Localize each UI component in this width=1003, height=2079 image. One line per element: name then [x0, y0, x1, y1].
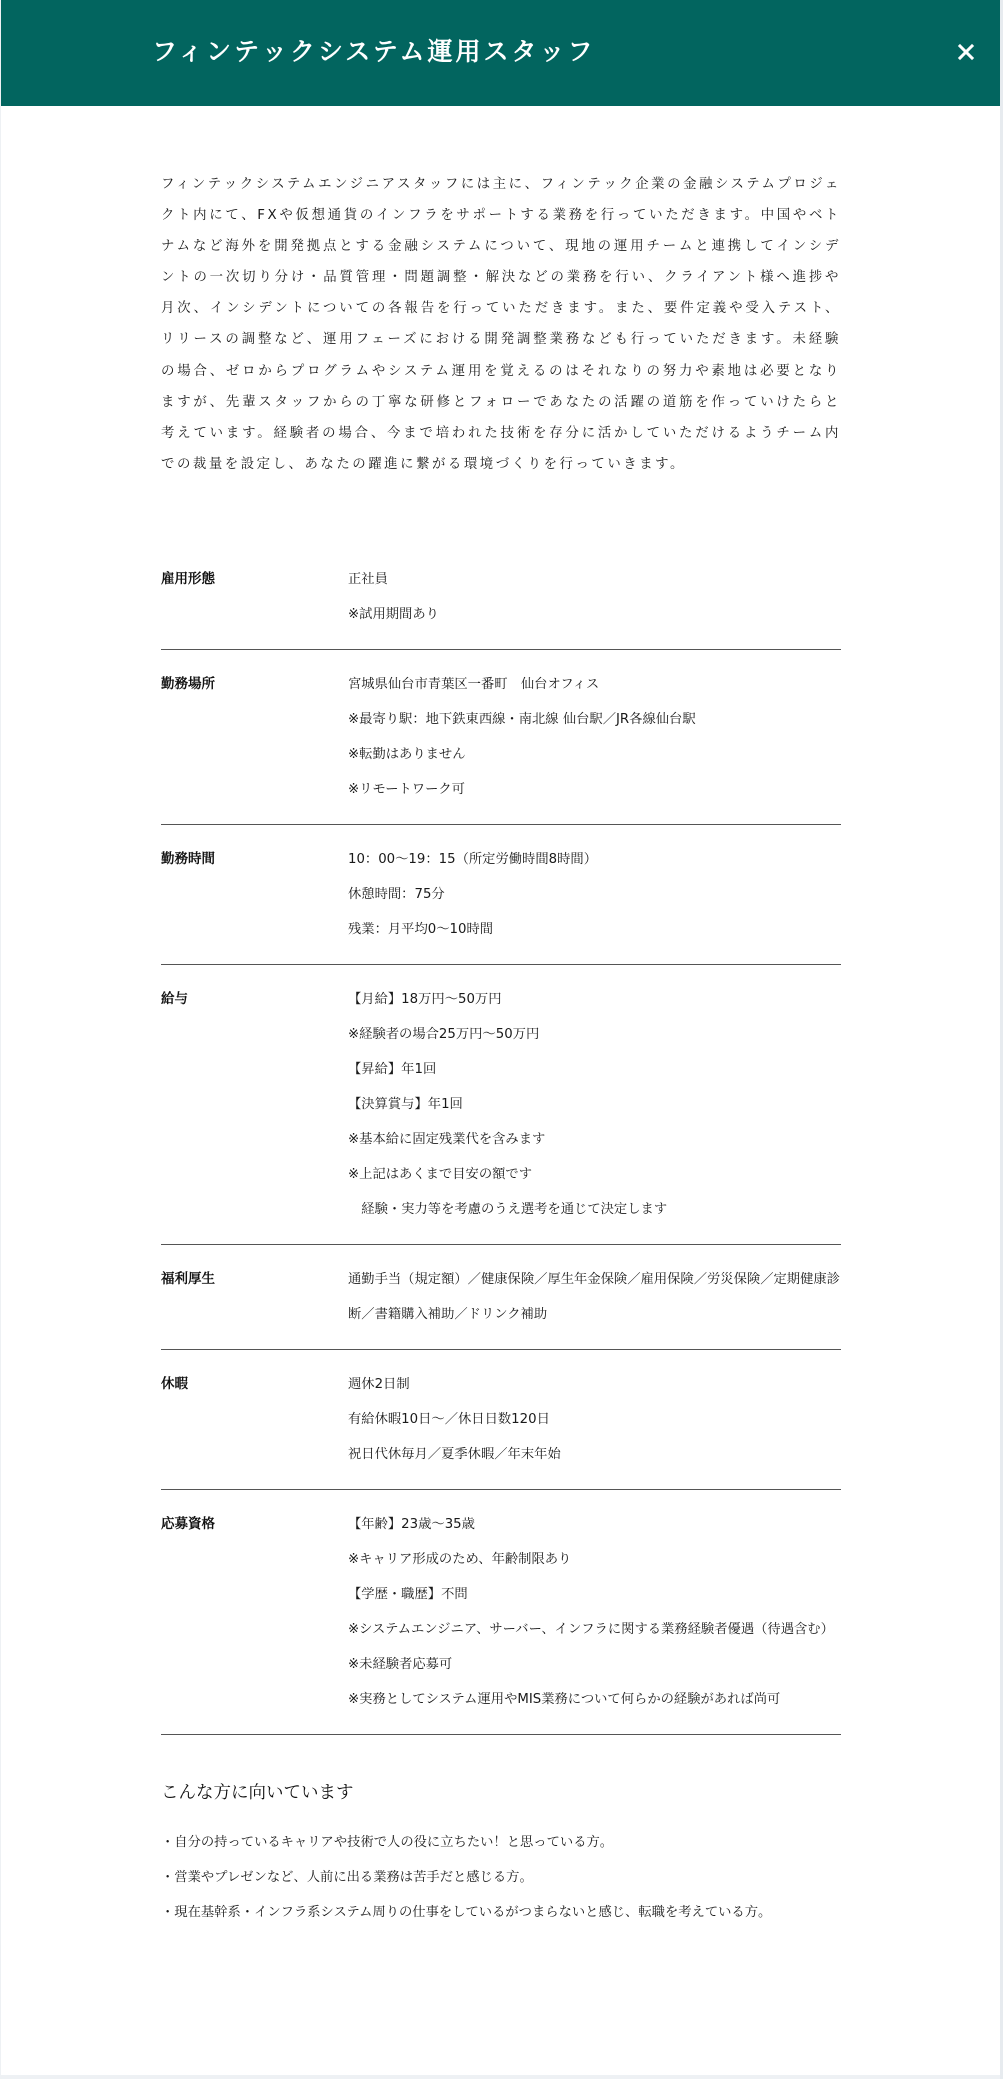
modal-title: フィンテックシステム運用スタッフ: [152, 36, 596, 68]
spec-value: 正社員: [348, 562, 841, 597]
spec-value: 有給休暇10日〜／休日日数120日: [348, 1402, 841, 1437]
spec-label: 給与: [161, 982, 348, 1227]
modal-header: フィンテックシステム運用スタッフ: [1, 0, 1000, 106]
spec-row-salary: 給与 【月給】18万円〜50万円 ※経験者の場合25万円〜50万円 【昇給】年1…: [161, 965, 841, 1245]
spec-value: ※転勤はありません: [348, 737, 841, 772]
spec-values: 【月給】18万円〜50万円 ※経験者の場合25万円〜50万円 【昇給】年1回 【…: [348, 982, 841, 1227]
spec-value: ※基本給に固定残業代を含みます: [348, 1122, 841, 1157]
spec-value: 残業：月平均0〜10時間: [348, 912, 841, 947]
spec-values: 【年齢】23歳〜35歳 ※キャリア形成のため、年齢制限あり 【学歴・職歴】不問 …: [348, 1507, 841, 1717]
spec-values: 宮城県仙台市青葉区一番町 仙台オフィス ※最寄り駅：地下鉄東西線・南北線 仙台駅…: [348, 667, 841, 807]
list-item: ・営業やプレゼンなど、人前に出る業務は苦手だと感じる方。: [161, 1860, 841, 1895]
spec-label: 勤務場所: [161, 667, 348, 807]
spec-label: 休暇: [161, 1367, 348, 1472]
suitable-for-heading: こんな方に向いています: [161, 1779, 841, 1807]
spec-value: 【年齢】23歳〜35歳: [348, 1507, 841, 1542]
spec-value: ※最寄り駅：地下鉄東西線・南北線 仙台駅／JR各線仙台駅: [348, 702, 841, 737]
spec-label: 雇用形態: [161, 562, 348, 632]
spec-label: 応募資格: [161, 1507, 348, 1717]
spec-row-work-location: 勤務場所 宮城県仙台市青葉区一番町 仙台オフィス ※最寄り駅：地下鉄東西線・南北…: [161, 650, 841, 825]
spec-value: ※リモートワーク可: [348, 772, 841, 807]
list-item: ・現在基幹系・インフラ系システム周りの仕事をしているがつまらないと感じ、転職を考…: [161, 1895, 841, 1930]
spec-value: 【学歴・職歴】不問: [348, 1577, 841, 1612]
spec-row-employment-type: 雇用形態 正社員 ※試用期間あり: [161, 545, 841, 650]
spec-value: ※実務としてシステム運用やMIS業務について何らかの経験があれば尚可: [348, 1682, 841, 1717]
spec-value: 【月給】18万円〜50万円: [348, 982, 841, 1017]
spec-label: 勤務時間: [161, 842, 348, 947]
job-description: フィンテックシステムエンジニアスタッフには主に、フィンテック企業の金融システムプ…: [161, 169, 841, 480]
spec-row-benefits: 福利厚生 通勤手当（規定額）／健康保険／厚生年金保険／雇用保険／労災保険／定期健…: [161, 1245, 841, 1350]
spec-value: ※キャリア形成のため、年齢制限あり: [348, 1542, 841, 1577]
job-spec-table: 雇用形態 正社員 ※試用期間あり 勤務場所 宮城県仙台市青葉区一番町 仙台オフィ…: [161, 545, 841, 1735]
spec-values: 週休2日制 有給休暇10日〜／休日日数120日 祝日代休毎月／夏季休暇／年末年始: [348, 1367, 841, 1472]
spec-row-qualifications: 応募資格 【年齢】23歳〜35歳 ※キャリア形成のため、年齢制限あり 【学歴・職…: [161, 1490, 841, 1735]
job-detail-modal: フィンテックシステム運用スタッフ フィンテックシステムエンジニアスタッフには主に…: [1, 0, 1000, 2075]
spec-values: 正社員 ※試用期間あり: [348, 562, 841, 632]
spec-value: ※システムエンジニア、サーバー、インフラに関する業務経験者優遇（待遇含む）: [348, 1612, 841, 1647]
spec-value: 【昇給】年1回: [348, 1052, 841, 1087]
spec-values: 10：00〜19：15（所定労働時間8時間） 休憩時間：75分 残業：月平均0〜…: [348, 842, 841, 947]
spec-value: ※未経験者応募可: [348, 1647, 841, 1682]
spec-values: 通勤手当（規定額）／健康保険／厚生年金保険／雇用保険／労災保険／定期健康診断／書…: [348, 1262, 841, 1332]
spec-value: 10：00〜19：15（所定労働時間8時間）: [348, 842, 841, 877]
close-button[interactable]: [952, 38, 980, 66]
modal-content: フィンテックシステムエンジニアスタッフには主に、フィンテック企業の金融システムプ…: [161, 106, 841, 1930]
spec-value: 休憩時間：75分: [348, 877, 841, 912]
spec-value: ※経験者の場合25万円〜50万円: [348, 1017, 841, 1052]
spec-row-working-hours: 勤務時間 10：00〜19：15（所定労働時間8時間） 休憩時間：75分 残業：…: [161, 825, 841, 965]
suitable-for-list: ・自分の持っているキャリアや技術で人の役に立ちたい！と思っている方。 ・営業やプ…: [161, 1825, 841, 1930]
spec-value: 祝日代休毎月／夏季休暇／年末年始: [348, 1437, 841, 1472]
spec-value: 通勤手当（規定額）／健康保険／厚生年金保険／雇用保険／労災保険／定期健康診断／書…: [348, 1262, 841, 1332]
spec-label: 福利厚生: [161, 1262, 348, 1332]
spec-value: ※上記はあくまで目安の額です: [348, 1157, 841, 1192]
spec-value: 宮城県仙台市青葉区一番町 仙台オフィス: [348, 667, 841, 702]
list-item: ・自分の持っているキャリアや技術で人の役に立ちたい！と思っている方。: [161, 1825, 841, 1860]
spec-value: 週休2日制: [348, 1367, 841, 1402]
spec-value: ※試用期間あり: [348, 597, 841, 632]
spec-value: 【決算賞与】年1回: [348, 1087, 841, 1122]
spec-value: 経験・実力等を考慮のうえ選考を通じて決定します: [348, 1192, 841, 1227]
close-icon: [952, 38, 980, 66]
spec-row-holidays: 休暇 週休2日制 有給休暇10日〜／休日日数120日 祝日代休毎月／夏季休暇／年…: [161, 1350, 841, 1490]
